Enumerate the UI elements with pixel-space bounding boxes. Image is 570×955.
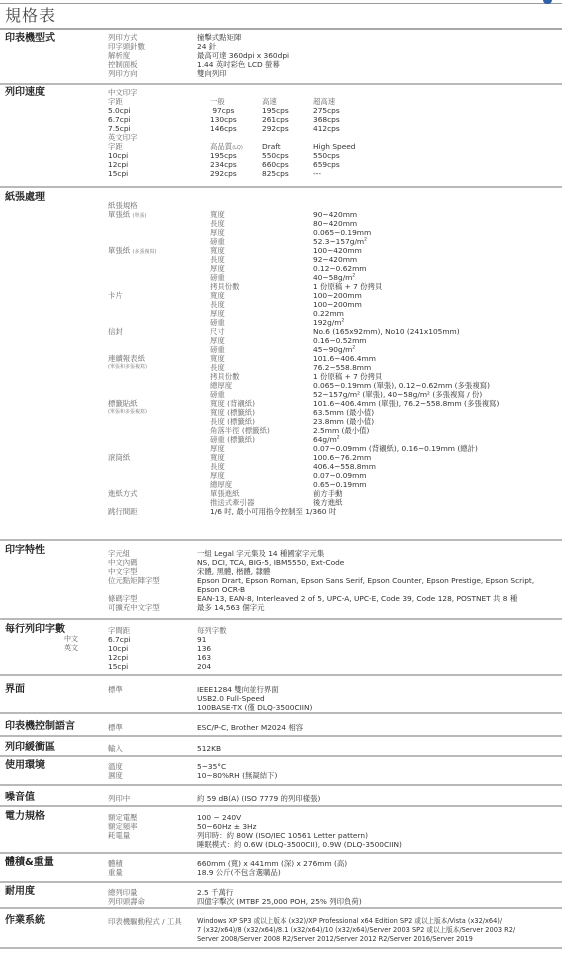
spec-values: IEEE1284 雙向並行界面 USB2.0 Full-Speed 100BAS… (197, 685, 312, 712)
section-title: 界面 (5, 684, 25, 696)
spec-value: 100BASE-TX (僅 DLQ-3500CIIN) (197, 703, 312, 712)
speed-value: 550cps (313, 151, 356, 160)
spec-label: 中文字型 (108, 567, 160, 576)
spec-label: 溫度 (108, 762, 123, 771)
spec-label: 列印方向 (108, 69, 145, 78)
speed-value: 97cps (210, 106, 243, 115)
value-text: 52.3~157g/m (313, 237, 364, 246)
speed-value: 130cps (210, 115, 243, 124)
spec-value: 512KB (197, 744, 221, 753)
item-value: 52.3~157g/m2 (313, 237, 499, 246)
speed-value: 825cps (262, 169, 289, 178)
page-title: 規格表 (5, 7, 56, 25)
paper-group-name: 連續報表紙 (108, 354, 156, 363)
section-control-language: 印表機控制語言 標準 ESC/P-C, Brother M2024 相容 (0, 716, 562, 737)
item-value: 63.5mm (最小值) (313, 408, 499, 417)
spec-label: 條碼字型 (108, 594, 160, 603)
item-value: 45~90g/m2 (313, 345, 499, 354)
group-name: 單張紙 (108, 246, 130, 255)
item-value: 23.8mm (最小值) (313, 417, 499, 426)
paper-item-values: 90~420mm 80~420mm 0.065~0.19mm 52.3~157g… (313, 210, 499, 507)
section-power: 電力規格 額定電壓 額定頻率 耗電量 100 ~ 240V 50~60Hz ± … (0, 809, 562, 854)
spec-value: 1.44 英吋彩色 LCD 螢幕 (197, 60, 289, 69)
paper-group-name: 滾筒紙 (108, 453, 156, 462)
spec-label: 印表機驅動程式 / 工具 (108, 917, 182, 926)
column-header: 高品質(LQ) (210, 142, 243, 151)
section-interface: 界面 標準 IEEE1284 雙向並行界面 USB2.0 Full-Speed … (0, 678, 562, 714)
title-divider (0, 28, 562, 30)
spec-label: 字元組 (108, 549, 160, 558)
speed-column-1: 一般 97cps 130cps 146cps 高品質(LQ) 195cps 23… (210, 97, 243, 178)
item-value: 0.07~0.09mm (背襯紙), 0.16~0.19mm (總計) (313, 444, 499, 453)
top-divider (0, 3, 562, 4)
item-value: 2.5mm (最小值) (313, 426, 499, 435)
spec-value: 雙向列印 (197, 69, 289, 78)
section-title: 列印緩衝區 (5, 742, 55, 754)
column-header: 每列字數 (197, 626, 227, 635)
spec-label: 可擴充中文字型 (108, 603, 160, 612)
item-value: 101.6~406.4mm (單張), 76.2~558.8mm (多張複寫) (313, 399, 499, 408)
speed-value: 292cps (262, 124, 289, 133)
count-value: 136 (197, 644, 227, 653)
item-value: No.6 (165x92mm), No10 (241x105mm) (313, 327, 499, 336)
item-value: 52~157g/m² (單張), 40~58g/m² (多張複寫 / 份) (313, 390, 499, 399)
spec-value: ESC/P-C, Brother M2024 相容 (197, 723, 303, 732)
section-divider (0, 805, 562, 807)
pitch-label: 字距 (108, 97, 138, 106)
paper-group-name: 跳行間距 (108, 507, 156, 516)
section-divider (0, 907, 562, 909)
item-value: 92~420mm (313, 255, 499, 264)
count-value: 163 (197, 653, 227, 662)
section-divider (0, 881, 562, 883)
spec-labels: 總列印量 列印頭壽命 (108, 888, 145, 906)
spec-value: NS, DCI, TCA, BIG-5, IBM5550, Ext-Code (197, 558, 534, 567)
spec-labels: 印表機驅動程式 / 工具 (108, 917, 182, 926)
section-title: 電力規格 (5, 811, 45, 823)
spec-labels: 標準 (108, 685, 123, 694)
item-value: 76.2~558.8mm (313, 363, 499, 372)
pitch-value: 12cpi (108, 653, 131, 662)
item-value: 前方手動 (313, 489, 499, 498)
section-title: 紙張處理 (5, 192, 45, 204)
spec-values: Windows XP SP3 或以上版本 (x32)/XP Profession… (197, 917, 515, 944)
group-note: (單張和多張複寫) (108, 408, 156, 417)
count-value: 204 (197, 662, 227, 671)
paper-group-name: 標籤貼紙 (108, 399, 156, 408)
spec-value: 100 ~ 240V (197, 813, 402, 822)
section-noise: 噪音值 列印中 約 59 dB(A) (ISO 7779 的列印樣張) (0, 788, 562, 807)
spec-value: Server 2008/Server 2008 R2/Server 2012/S… (197, 935, 515, 944)
section-title: 列印速度 (5, 87, 45, 99)
spec-label: 標準 (108, 723, 123, 732)
spec-labels: 列印中 (108, 794, 130, 803)
spec-value: 660mm (寬) x 441mm (深) x 276mm (高) (197, 859, 347, 868)
spec-value: 列印時：約 80W (ISO/IEC 10561 Letter pattern) (197, 831, 402, 840)
group-note: (單張和多張複寫) (108, 363, 156, 372)
section-chars-per-line: 每行列印字數 中文 英文 字間距 6.7cpi 10cpi 12cpi 15cp… (0, 622, 562, 676)
spec-value: Windows XP SP3 或以上版本 (x32)/XP Profession… (197, 917, 515, 926)
spec-label: 輸入 (108, 744, 123, 753)
spec-value: 2.5 千萬行 (197, 888, 362, 897)
item-value: 80~420mm (313, 219, 499, 228)
pitch-value: 12cpi (108, 160, 138, 169)
section-title: 印表機型式 (5, 33, 55, 45)
item-value: 406.4~558.8mm (313, 462, 499, 471)
item-label: 1/6 吋, 最小可用指令控制至 1/360 吋 (210, 507, 336, 516)
speed-value: 660cps (262, 160, 289, 169)
column-header: 超高速 (313, 97, 356, 106)
spec-label: 總列印量 (108, 888, 145, 897)
item-value: 192g/m2 (313, 318, 499, 327)
section-paper-handling: 紙張處理 紙張規格 單張紙 (單張) 單張紙 (多張複寫) 卡片 信封 連續報表… (0, 190, 562, 541)
spec-value: 7 (x32/x64)/8 (x32/x64)/8.1 (x32/x64)/10… (197, 926, 515, 935)
section-title: 使用環境 (5, 760, 45, 772)
speed-value: 368cps (313, 115, 356, 124)
superscript: 2 (342, 319, 345, 324)
spec-label: 印字頭針數 (108, 42, 145, 51)
section-divider (0, 618, 562, 620)
pitch-column: 字間距 6.7cpi 10cpi 12cpi 15cpi (108, 626, 131, 671)
item-value: 100~200mm (313, 300, 499, 309)
pitch-value: 15cpi (108, 169, 138, 178)
spec-label: 解析度 (108, 51, 145, 60)
item-value: 0.16~0.52mm (313, 336, 499, 345)
item-value: 1 份原稿 + 7 份拷貝 (313, 372, 499, 381)
column-header: 字間距 (108, 626, 131, 635)
column-header: 一般 (210, 97, 243, 106)
spec-value: 50~60Hz ± 3Hz (197, 822, 402, 831)
spec-value: Epson OCR-B (197, 585, 534, 594)
item-value: 後方進紙 (313, 498, 499, 507)
spec-values: 660mm (寬) x 441mm (深) x 276mm (高) 18.9 公… (197, 859, 347, 877)
spec-value: 撞擊式點矩陣 (197, 33, 289, 42)
item-value: 0.12~0.62mm (313, 264, 499, 273)
spec-value: 最高可達 360dpi x 360dpi (197, 51, 289, 60)
spec-value: 睡眠模式：約 0.6W (DLQ-3500CII), 0.9W (DLQ-350… (197, 840, 402, 849)
language-sublabels: 中文 英文 (40, 635, 78, 653)
speed-value: 292cps (210, 169, 243, 178)
section-environment: 使用環境 溫度 濕度 5~35°C 10~80%RH (無凝結下) (0, 759, 562, 786)
speed-value: 146cps (210, 124, 243, 133)
spec-label: 重量 (108, 868, 123, 877)
spec-labels: 溫度 濕度 (108, 762, 123, 780)
section-title: 印表機控制語言 (5, 721, 75, 733)
superscript: 2 (337, 436, 340, 441)
speed-value: 261cps (262, 115, 289, 124)
spec-value: 最多 14,563 個字元 (197, 603, 534, 612)
item-value: 101.6~406.4mm (313, 354, 499, 363)
section-divider (0, 735, 562, 737)
value-text: 64g/m (313, 435, 337, 444)
spec-labels: 體積 重量 (108, 859, 123, 877)
pitch-value: 10cpi (108, 644, 131, 653)
speed-heading: 中文印字 (108, 88, 138, 97)
spec-value: 10~80%RH (無凝結下) (197, 771, 277, 780)
spec-value: 宋體, 黑體, 楷體, 隸體 (197, 567, 534, 576)
speed-value: 275cps (313, 106, 356, 115)
spec-labels: 輸入 (108, 744, 123, 753)
section-dimensions: 體積&重量 體積 重量 660mm (寬) x 441mm (深) x 276m… (0, 856, 562, 883)
paper-heading: 紙張規格 (108, 201, 156, 210)
paper-group-name: 單張紙 (多張複寫) (108, 246, 156, 255)
pitch-label: 字距 (108, 142, 138, 151)
section-divider (0, 674, 562, 676)
spec-label: 濕度 (108, 771, 123, 780)
speed-value: 195cps (210, 151, 243, 160)
column-header: 高速 (262, 97, 289, 106)
group-name: 單張紙 (108, 210, 130, 219)
spec-values: 5~35°C 10~80%RH (無凝結下) (197, 762, 277, 780)
section-divider (0, 947, 562, 949)
speed-column-2: 高速 195cps 261cps 292cps Draft 550cps 660… (262, 97, 289, 178)
item-value: 0.22mm (313, 309, 499, 318)
spec-label: 額定電壓 (108, 813, 138, 822)
pitch-value: 15cpi (108, 662, 131, 671)
section-title: 噪音值 (5, 792, 35, 804)
spec-labels: 列印方式 印字頭針數 解析度 控制面板 列印方向 (108, 33, 145, 78)
superscript: 2 (364, 238, 367, 243)
spec-values: 撞擊式點矩陣 24 針 最高可達 360dpi x 360dpi 1.44 英吋… (197, 33, 289, 78)
section-divider (0, 712, 562, 714)
item-value: 0.07~0.09mm (313, 471, 499, 480)
spec-label: 耗電量 (108, 831, 138, 840)
item-value: 0.065~0.19mm (313, 228, 499, 237)
section-divider (0, 539, 562, 541)
section-print-speed: 列印速度 中文印字 字距 5.0cpi 6.7cpi 7.5cpi 英文印字 字… (0, 85, 562, 188)
pitch-value: 10cpi (108, 151, 138, 160)
speed-value: 195cps (262, 106, 289, 115)
paper-group-name: 進紙方式 (108, 489, 156, 498)
item-value: 0.065~0.19mm (單張), 0.12~0.62mm (多張複寫) (313, 381, 499, 390)
section-title: 耐用度 (5, 886, 35, 898)
spec-values: 一組 Legal 字元集及 14 種國家字元集 NS, DCI, TCA, BI… (197, 549, 534, 612)
spec-labels: 額定電壓 額定頻率 耗電量 (108, 813, 138, 840)
column-header-text: 高品質 (210, 142, 232, 151)
column-header: Draft (262, 142, 289, 151)
spec-label (108, 585, 160, 594)
speed-value: 412cps (313, 124, 356, 133)
column-header: High Speed (313, 142, 356, 151)
value-text: 192g/m (313, 318, 342, 327)
spec-labels: 標準 (108, 723, 123, 732)
section-title: 體積&重量 (5, 857, 54, 869)
spec-value: 18.9 公斤(不包含選購品) (197, 868, 347, 877)
sublabel-english: 英文 (40, 644, 78, 653)
spec-value: 一組 Legal 字元集及 14 種國家字元集 (197, 549, 534, 558)
spec-values: ESC/P-C, Brother M2024 相容 (197, 723, 303, 732)
paper-group-names: 紙張規格 單張紙 (單張) 單張紙 (多張複寫) 卡片 信封 連續報表紙 (單張… (108, 201, 156, 516)
superscript: 2 (352, 346, 355, 351)
group-note: (單張) (133, 213, 147, 219)
spec-labels: 字元組 中文內碼 中文字型 位元點矩陣字型 條碼字型 可擴充中文字型 (108, 549, 160, 612)
spec-label: 體積 (108, 859, 123, 868)
spec-label: 列印頭壽命 (108, 897, 145, 906)
section-divider (0, 784, 562, 786)
pitch-value: 6.7cpi (108, 635, 131, 644)
section-buffer: 列印緩衝區 輸入 512KB (0, 739, 562, 757)
spec-label: 位元點矩陣字型 (108, 576, 160, 585)
pitch-value: 6.7cpi (108, 115, 138, 124)
item-value: 64g/m2 (313, 435, 499, 444)
count-value: 91 (197, 635, 227, 644)
speed-value: 550cps (262, 151, 289, 160)
spec-value: 四億字擊次 (MTBF 25,000 POH, 25% 列印負荷) (197, 897, 362, 906)
sublabel-chinese: 中文 (40, 635, 78, 644)
spec-label: 中文內碼 (108, 558, 160, 567)
section-print-features: 印字特性 字元組 中文內碼 中文字型 位元點矩陣字型 條碼字型 可擴充中文字型 … (0, 543, 562, 620)
spec-value: Epson Drart, Epson Roman, Epson Sans Ser… (197, 576, 534, 585)
section-printer-type: 印表機型式 列印方式 印字頭針數 解析度 控制面板 列印方向 撞擊式點矩陣 24… (0, 31, 562, 85)
speed-heading: 英文印字 (108, 133, 138, 142)
spec-value: 24 針 (197, 42, 289, 51)
item-value: 100.6~76.2mm (313, 453, 499, 462)
item-value: 0.65~0.19mm (313, 480, 499, 489)
spec-value: IEEE1284 雙向並行界面 (197, 685, 312, 694)
spec-label: 額定頻率 (108, 822, 138, 831)
speed-column-3: 超高速 275cps 368cps 412cps High Speed 550c… (313, 97, 356, 178)
section-title: 印字特性 (5, 545, 45, 557)
pitch-value: 5.0cpi (108, 106, 138, 115)
paper-group-name: 單張紙 (單張) (108, 210, 156, 219)
spec-value: USB2.0 Full-Speed (197, 694, 312, 703)
item-value: 100~200mm (313, 291, 499, 300)
count-column: 每列字數 91 136 163 204 (197, 626, 227, 671)
section-os: 作業系統 印表機驅動程式 / 工具 Windows XP SP3 或以上版本 (… (0, 911, 562, 949)
section-divider (0, 755, 562, 757)
spec-values: 2.5 千萬行 四億字擊次 (MTBF 25,000 POH, 25% 列印負荷… (197, 888, 362, 906)
item-value: 100~420mm (313, 246, 499, 255)
speed-value: --- (313, 169, 356, 178)
section-title: 作業系統 (5, 915, 45, 927)
superscript: 2 (352, 274, 355, 279)
item-value: 90~420mm (313, 210, 499, 219)
group-note: (多張複寫) (133, 249, 157, 255)
spec-value: 5~35°C (197, 762, 277, 771)
speed-value: 234cps (210, 160, 243, 169)
section-divider (0, 852, 562, 854)
speed-value: 659cps (313, 160, 356, 169)
spec-label: 列印中 (108, 794, 130, 803)
spec-value: 約 59 dB(A) (ISO 7779 的列印樣張) (197, 794, 320, 803)
pitch-value: 7.5cpi (108, 124, 138, 133)
spec-values: 100 ~ 240V 50~60Hz ± 3Hz 列印時：約 80W (ISO/… (197, 813, 402, 849)
section-divider (0, 186, 562, 188)
spec-values: 約 59 dB(A) (ISO 7779 的列印樣張) (197, 794, 320, 803)
paper-group-name: 卡片 (108, 291, 156, 300)
spec-value: EAN-13, EAN-8, Interleaved 2 of 5, UPC-A… (197, 594, 534, 603)
section-durability: 耐用度 總列印量 列印頭壽命 2.5 千萬行 四億字擊次 (MTBF 25,00… (0, 885, 562, 909)
spec-label: 列印方式 (108, 33, 145, 42)
value-text: 40~58g/m (313, 273, 352, 282)
speed-pitch-column: 中文印字 字距 5.0cpi 6.7cpi 7.5cpi 英文印字 字距 10c… (108, 88, 138, 178)
spec-label: 控制面板 (108, 60, 145, 69)
item-value: 40~58g/m2 (313, 273, 499, 282)
item-value: 1 份原稿 + 7 份拷貝 (313, 282, 499, 291)
spec-label: 標準 (108, 685, 123, 694)
spec-values: 512KB (197, 744, 221, 753)
value-text: 45~90g/m (313, 345, 352, 354)
paper-group-name: 信封 (108, 327, 156, 336)
